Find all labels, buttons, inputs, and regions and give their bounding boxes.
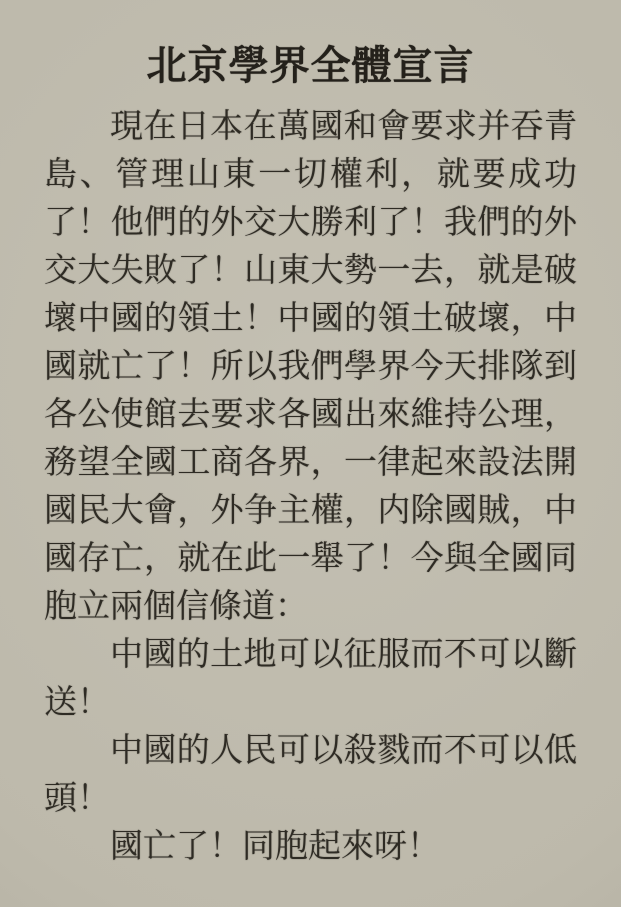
manifesto-line: 國存亡，就在此一舉了！今與全國同 (44, 535, 577, 583)
manifesto-page: 北京學界全體宣言 現在日本在萬國和會要求并吞青島、管理山東一切權利，就要成功了！… (0, 0, 621, 907)
manifesto-line: 國民大會，外争主權，内除國賊，中 (44, 487, 577, 535)
manifesto-line: 送！ (44, 679, 577, 727)
manifesto-line: 務望全國工商各界，一律起來設法開 (44, 439, 577, 487)
manifesto-line: 島、管理山東一切權利，就要成功 (44, 151, 577, 199)
manifesto-line: 頭！ (44, 775, 577, 823)
manifesto-line: 了！他們的外交大勝利了！我們的外 (44, 199, 577, 247)
manifesto-line: 壞中國的領土！中國的領土破壞，中 (44, 295, 577, 343)
manifesto-line: 交大失敗了！山東大勢一去，就是破 (44, 247, 577, 295)
manifesto-line: 國就亡了！所以我們學界今天排隊到 (44, 343, 577, 391)
manifesto-line: 中國的人民可以殺戮而不可以低 (44, 727, 577, 775)
manifesto-line: 現在日本在萬國和會要求并吞青 (44, 103, 577, 151)
manifesto-line: 中國的土地可以征服而不可以斷 (44, 631, 577, 679)
document-title: 北京學界全體宣言 (44, 37, 577, 95)
manifesto-line: 國亡了！同胞起來呀！ (44, 823, 577, 871)
document-body: 現在日本在萬國和會要求并吞青島、管理山東一切權利，就要成功了！他們的外交大勝利了… (44, 103, 577, 871)
manifesto-line: 胞立兩個信條道： (44, 583, 577, 631)
manifesto-line: 各公使館去要求各國出來維持公理， (44, 391, 577, 439)
